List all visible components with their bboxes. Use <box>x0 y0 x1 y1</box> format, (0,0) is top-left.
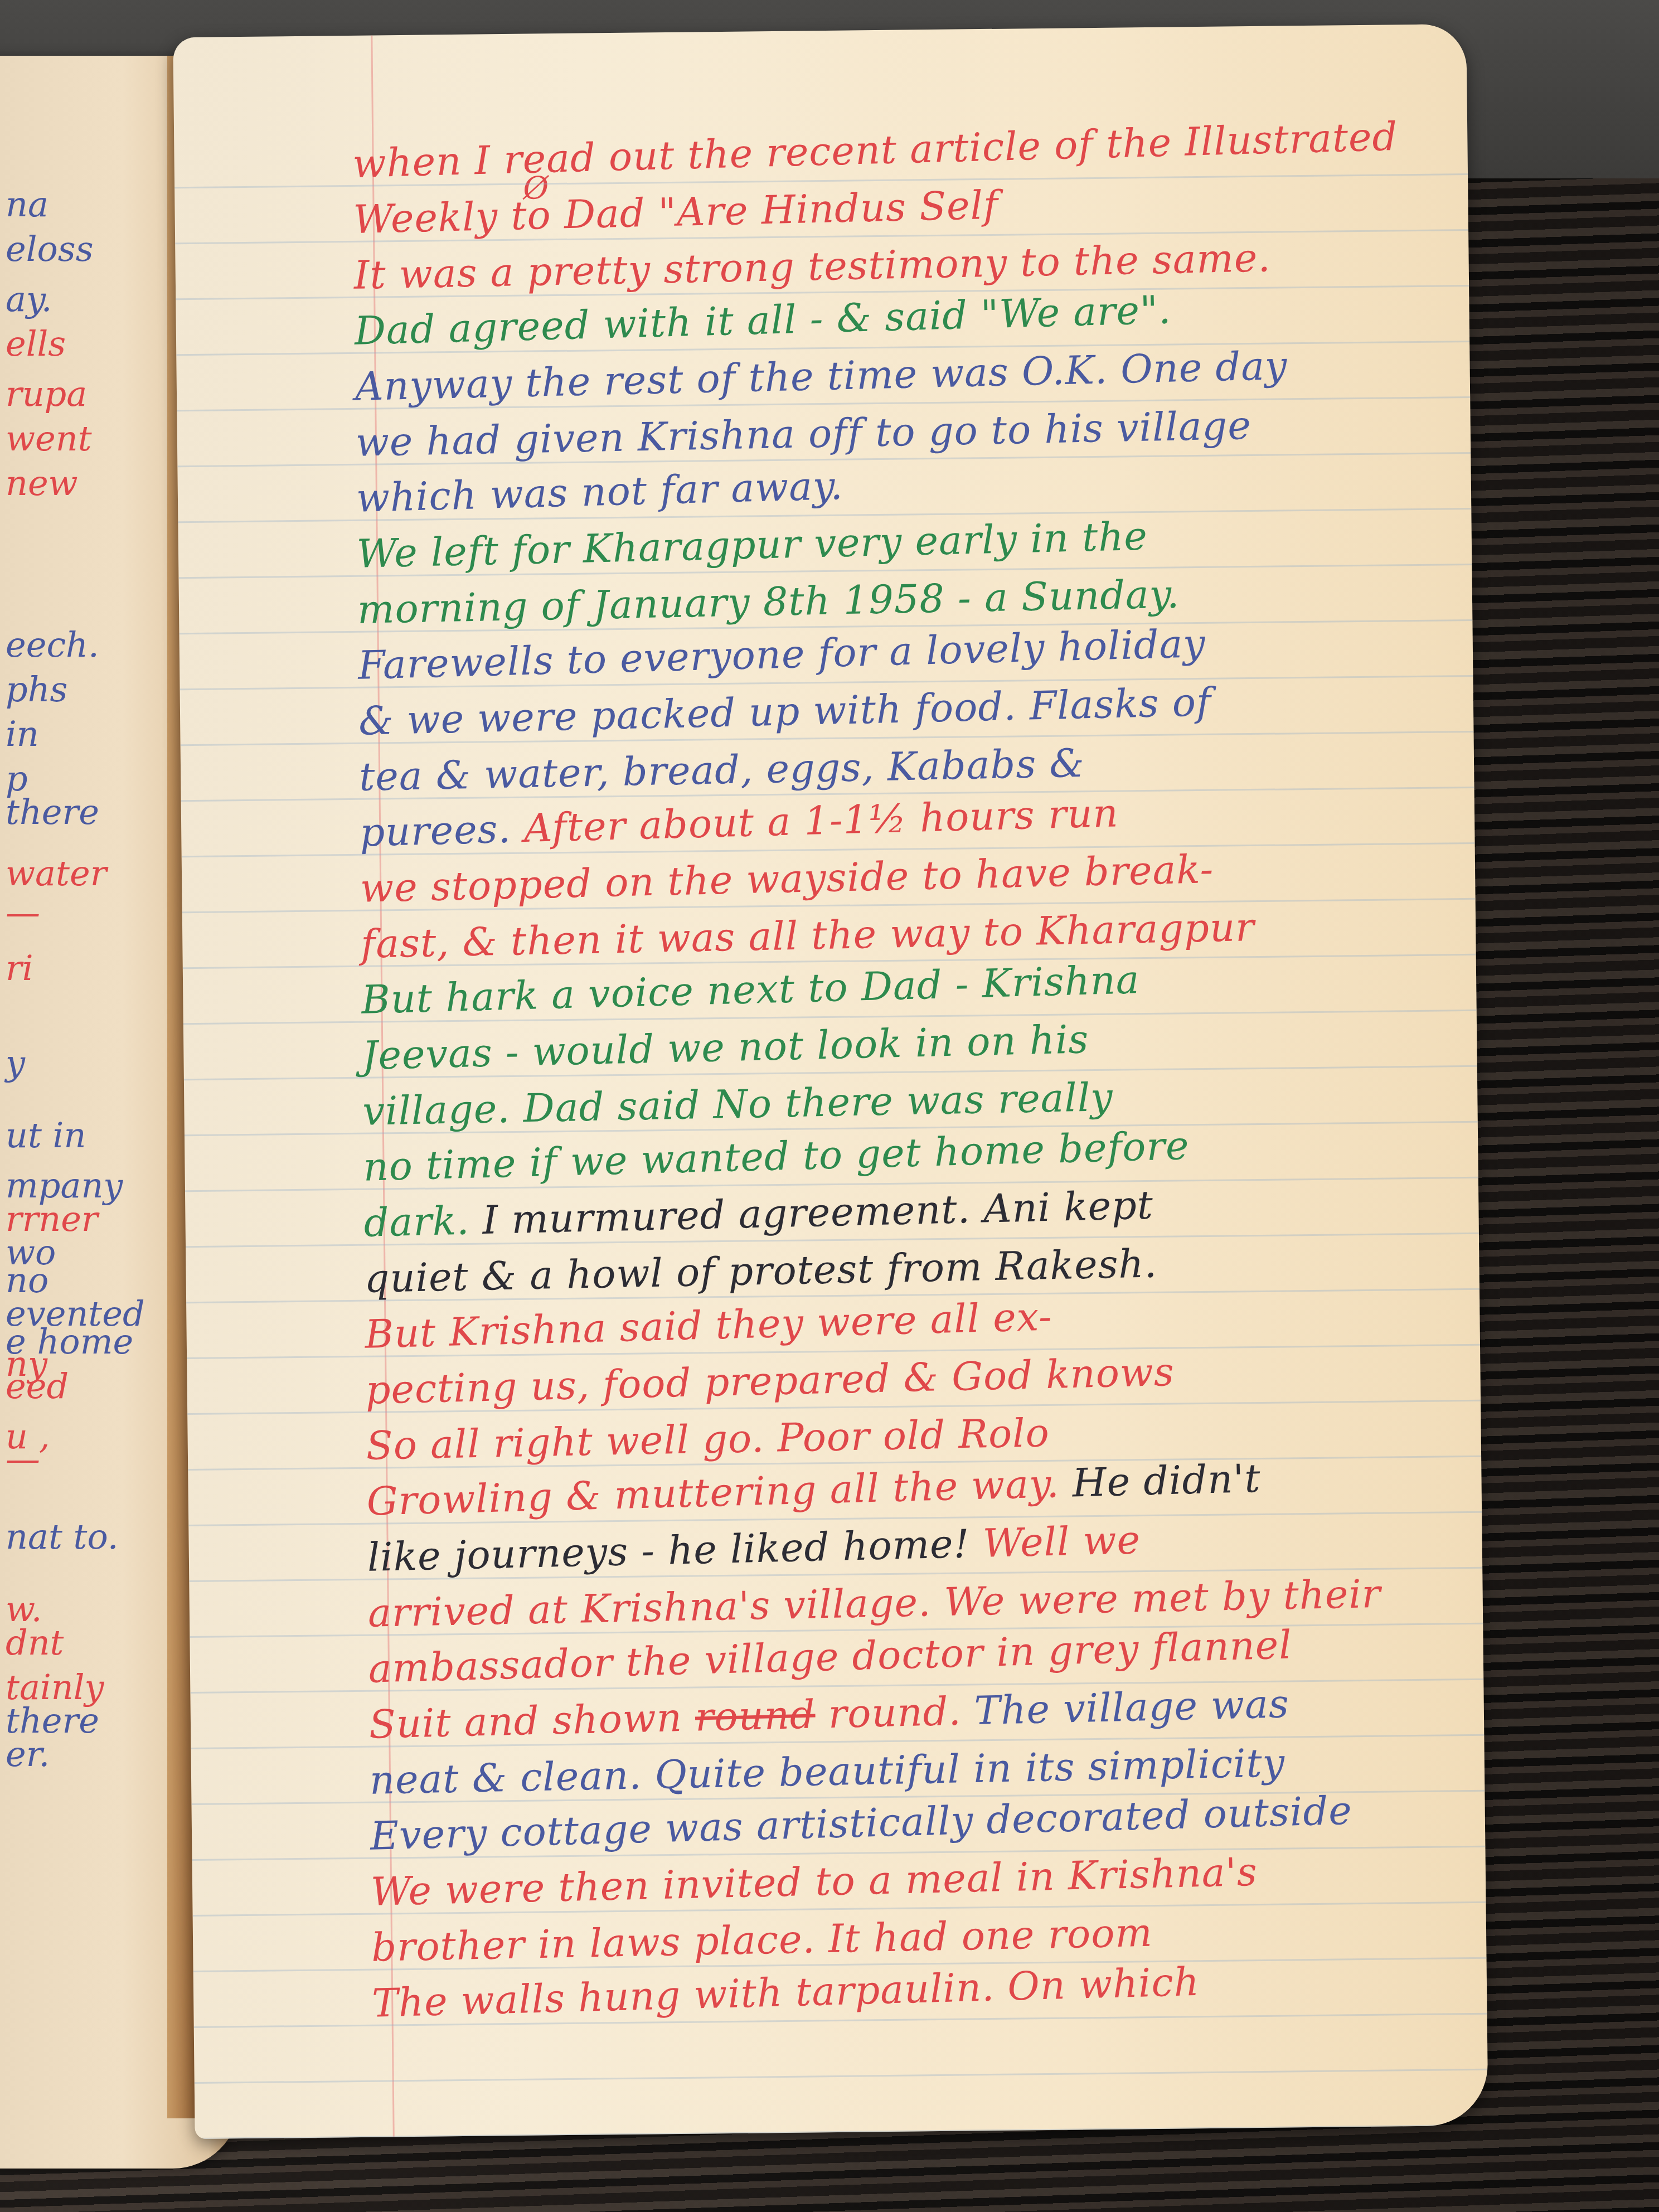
struck-out-word: round <box>695 1692 816 1740</box>
left-page-fragment: eloss <box>6 229 93 269</box>
left-page-fragment: there <box>6 792 99 832</box>
ink-segment-red: round. <box>815 1688 975 1737</box>
ink-segment-blue: which was not far away. <box>356 463 843 521</box>
ink-segment-red: Suit and shown <box>368 1694 696 1747</box>
left-page-fragment: er. <box>6 1734 50 1774</box>
ink-segment-red: Weekly to Dad "Are Hindus Self <box>353 182 999 242</box>
left-page-fragment: nat to. <box>6 1516 118 1557</box>
left-page-fragment: water <box>6 853 106 894</box>
left-page-fragment: rupa <box>6 373 87 414</box>
left-page-fragment: ells <box>6 323 66 364</box>
right-notebook-page: Ø when I read out the recent article of … <box>173 24 1488 2139</box>
ink-segment-black: I murmured agreement. Ani kept <box>482 1182 1154 1243</box>
ink-segment-black: He didn't <box>1071 1456 1261 1506</box>
ink-segment-green: dark. <box>363 1197 483 1246</box>
ruled-line <box>195 2069 1488 2084</box>
left-page-fragment: in <box>6 714 39 754</box>
left-page-fragment: went <box>6 418 92 459</box>
left-page-fragment: y <box>6 1042 25 1083</box>
ink-segment-black: like journeys - he liked home! <box>367 1521 983 1580</box>
left-page-fragment: — <box>6 1438 40 1479</box>
ink-segment-red: After about a 1-1½ hours run <box>523 790 1119 851</box>
left-page-fragment: new <box>6 463 78 503</box>
left-page-fragment: dnt <box>6 1622 64 1663</box>
ink-segment-blue: purees. <box>359 806 525 856</box>
ink-segment-green: Jeevas - would we not look in on his <box>362 1016 1090 1079</box>
left-page-fragment: phs <box>6 669 67 710</box>
ink-segment-red: Well we <box>982 1517 1141 1566</box>
left-page-fragment: na <box>6 184 48 225</box>
left-page-fragment: eed <box>6 1366 69 1406</box>
ink-segment-blue: The village was <box>974 1681 1290 1734</box>
left-page-fragment: ut in <box>6 1115 86 1156</box>
left-page-fragment: eech. <box>6 624 99 665</box>
left-page-fragment: ay. <box>6 279 52 319</box>
left-page-fragment: ri <box>6 948 33 988</box>
left-page-fragment: — <box>6 892 40 933</box>
